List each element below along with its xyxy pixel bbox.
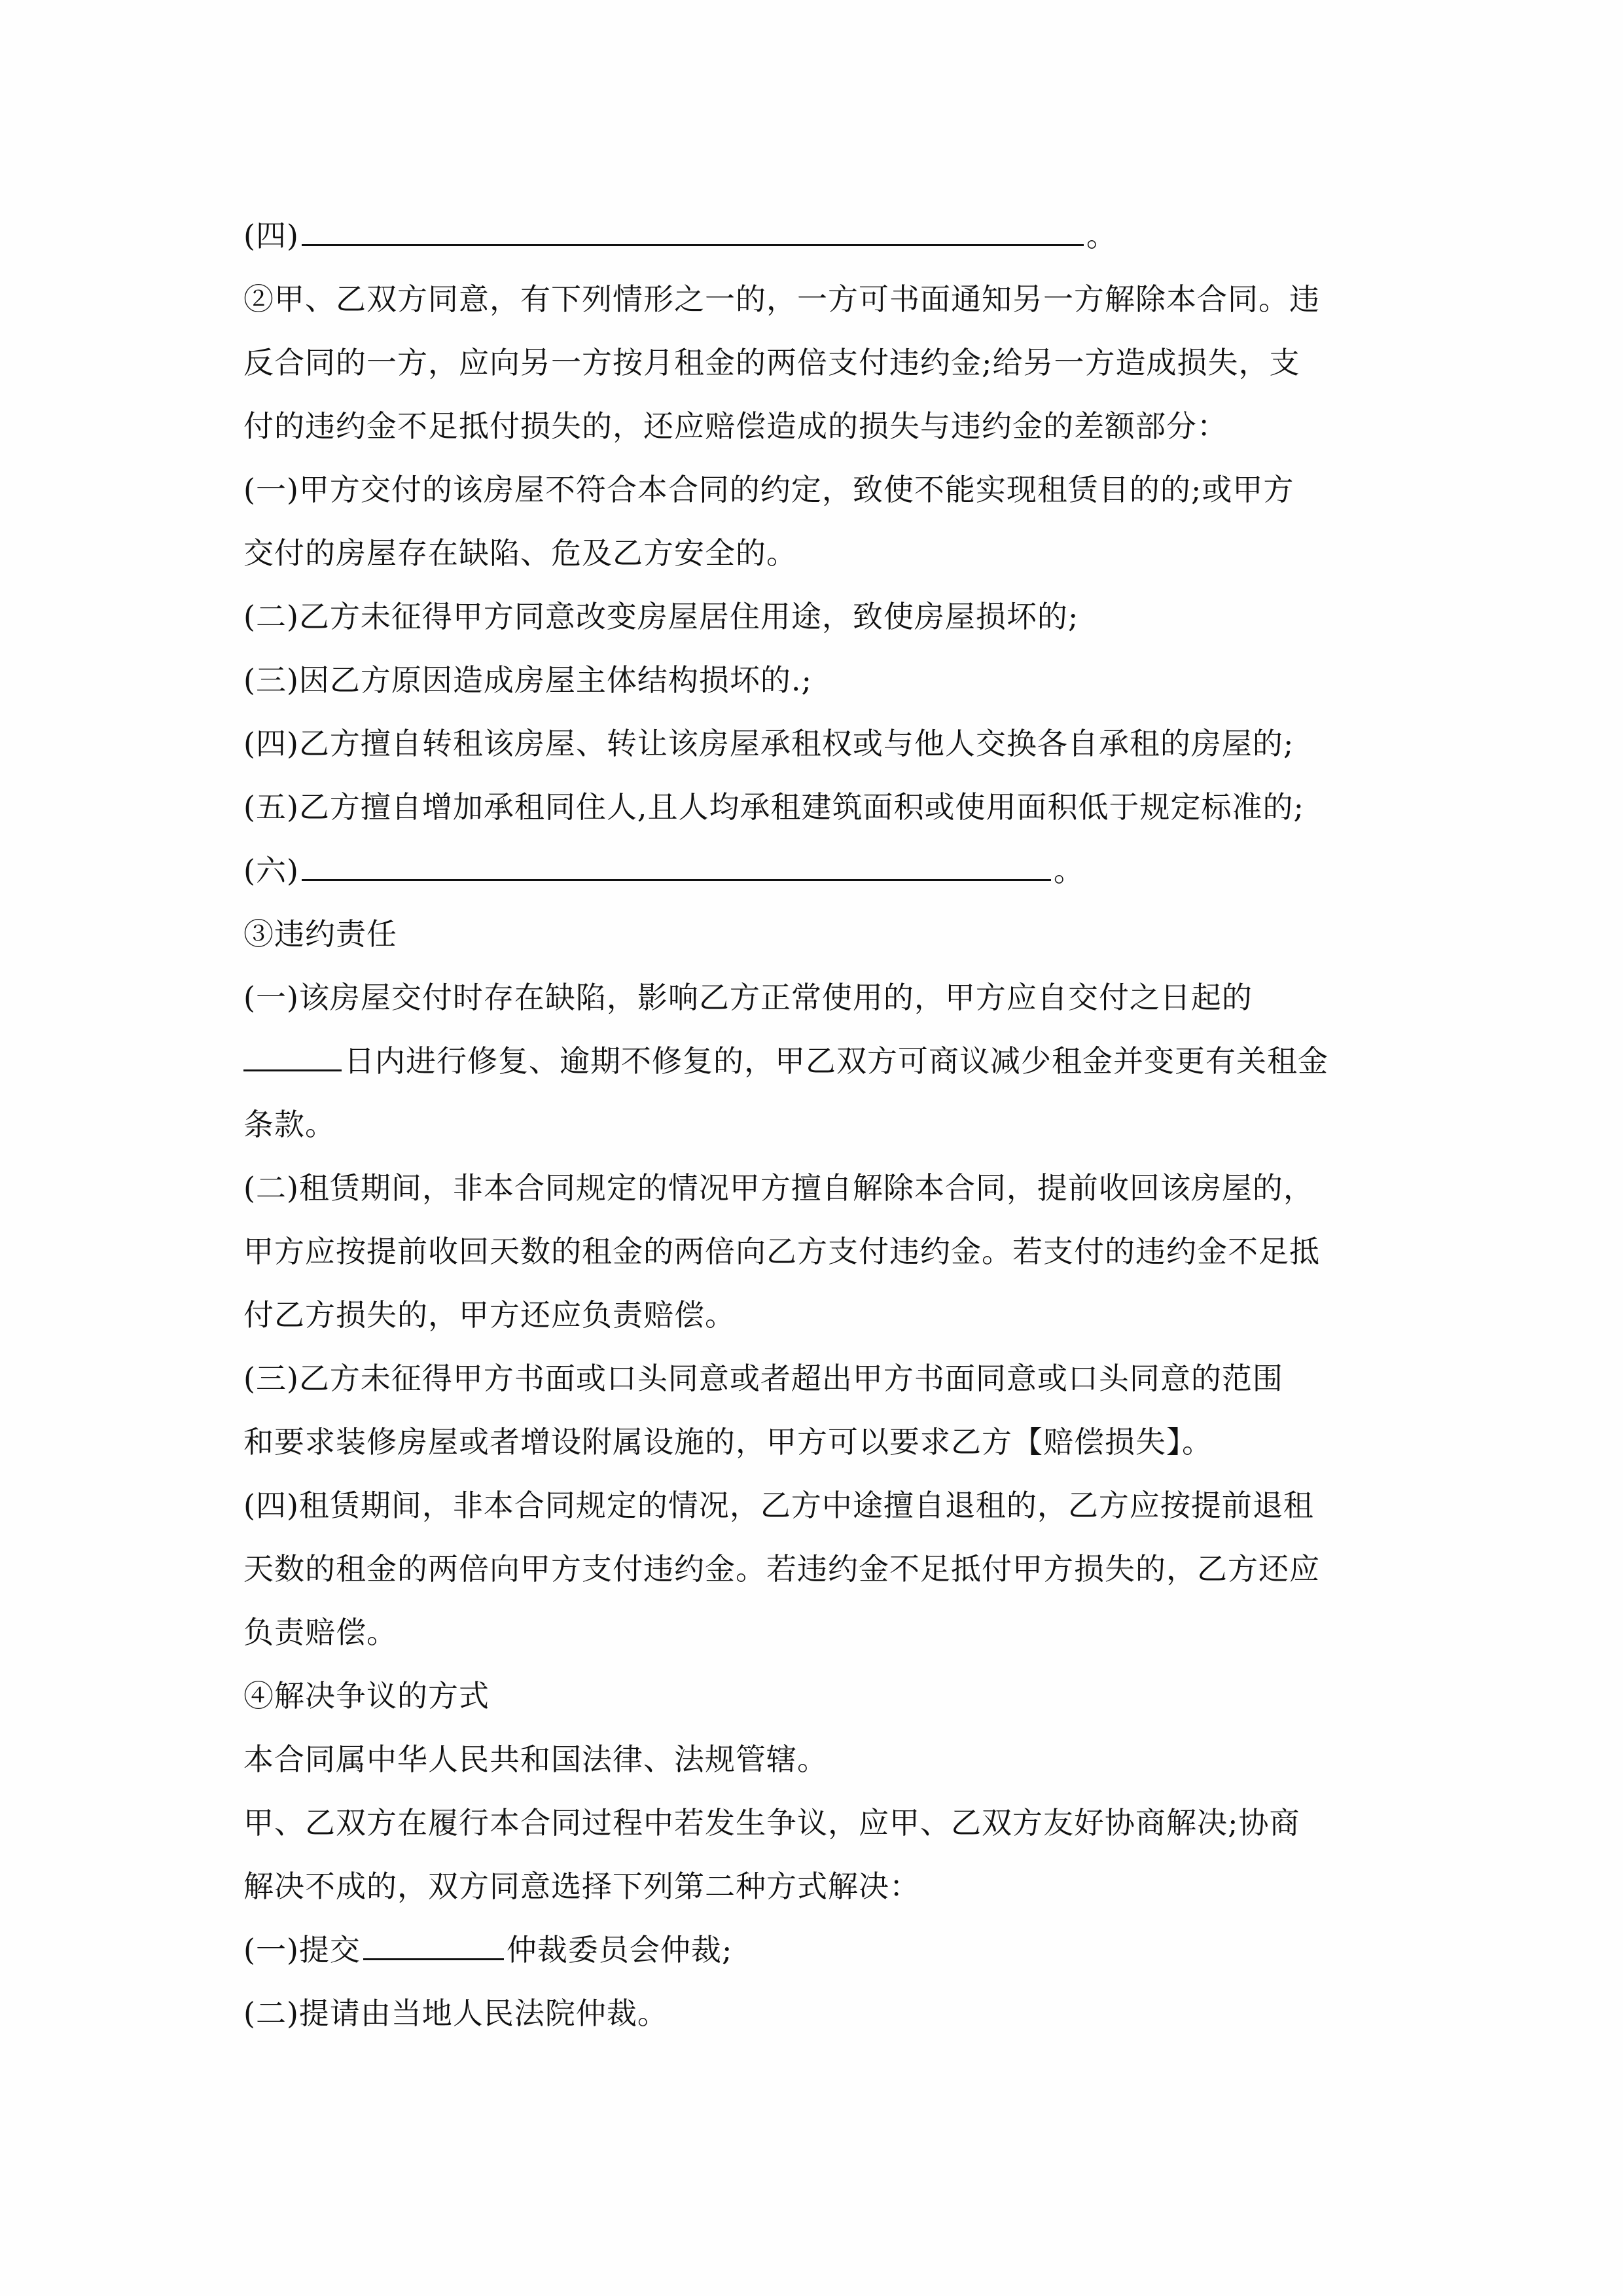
paragraph-line: (二)租赁期间，非本合同规定的情况甲方擅自解除本合同，提前收回该房屋的， [243,1157,1395,1220]
document-body: (四)。 ②甲、乙双方同意，有下列情形之一的，一方可书面通知另一方解除本合同。违… [243,204,1395,2045]
paragraph-line: 付乙方损失的，甲方还应负责赔偿。 [243,1283,1395,1347]
fill-in-blank-days[interactable] [243,1043,342,1071]
paragraph-line: 付的违约金不足抵付损失的，还应赔偿造成的损失与违约金的差额部分： [243,395,1395,458]
section-heading-dispute-resolution: ④解决争议的方式 [243,1664,1395,1728]
clause-suffix: 仲裁委员会仲裁; [507,1932,733,1967]
paragraph-line: 天数的租金的两倍向甲方支付违约金。若违约金不足抵付甲方损失的，乙方还应 [243,1537,1395,1601]
paragraph-line: 甲、乙双方在履行本合同过程中若发生争议，应甲、乙双方友好协商解决;协商 [243,1791,1395,1855]
repair-days-line: 日内进行修复、逾期不修复的，甲乙双方可商议减少租金并变更有关租金 [243,1030,1395,1093]
paragraph-line: 反合同的一方，应向另一方按月租金的两倍支付违约金;给另一方造成损失，支 [243,331,1395,395]
clause-4-blank: (四)。 [243,204,1395,268]
paragraph-line: (二)乙方未征得甲方同意改变房屋居住用途，致使房屋损坏的; [243,585,1395,649]
section-heading-breach-liability: ③违约责任 [243,903,1395,966]
arbitration-option-line: (一)提交仲裁委员会仲裁; [243,1918,1395,1982]
clause-prefix: (一)提交 [243,1932,361,1967]
clause-suffix: 。 [1086,218,1117,253]
fill-in-blank-arbitration[interactable] [363,1932,504,1960]
paragraph-line: (二)提请由当地人民法院仲裁。 [243,1982,1395,2045]
paragraph-line: (四)乙方擅自转租该房屋、转让该房屋承租权或与他人交换各自承租的房屋的; [243,712,1395,776]
paragraph-line: ②甲、乙双方同意，有下列情形之一的，一方可书面通知另一方解除本合同。违 [243,268,1395,331]
line-text: 日内进行修复、逾期不修复的，甲乙双方可商议减少租金并变更有关租金 [344,1043,1329,1079]
clause-prefix: (四) [243,218,299,253]
fill-in-blank[interactable] [302,853,1051,881]
paragraph-line: (一)该房屋交付时存在缺陷，影响乙方正常使用的，甲方应自交付之日起的 [243,966,1395,1030]
paragraph-line: (一)甲方交付的该房屋不符合本合同的约定，致使不能实现租赁目的的;或甲方 [243,458,1395,522]
clause-suffix: 。 [1054,853,1084,888]
paragraph-line: 甲方应按提前收回天数的租金的两倍向乙方支付违约金。若支付的违约金不足抵 [243,1220,1395,1283]
paragraph-line: 负责赔偿。 [243,1601,1395,1664]
fill-in-blank[interactable] [302,218,1084,246]
paragraph-line: 本合同属中华人民共和国法律、法规管辖。 [243,1728,1395,1791]
paragraph-line: (四)租赁期间，非本合同规定的情况，乙方中途擅自退租的，乙方应按提前退租 [243,1474,1395,1537]
clause-prefix: (六) [243,853,299,888]
clause-6-blank: (六)。 [243,839,1395,903]
paragraph-line: 交付的房屋存在缺陷、危及乙方安全的。 [243,522,1395,585]
paragraph-line: (五)乙方擅自增加承租同住人,且人均承租建筑面积或使用面积低于规定标准的; [243,776,1395,839]
paragraph-line: 和要求装修房屋或者增设附属设施的，甲方可以要求乙方【赔偿损失】。 [243,1410,1395,1474]
document-page: (四)。 ②甲、乙双方同意，有下列情形之一的，一方可书面通知另一方解除本合同。违… [0,0,1623,2296]
paragraph-line: (三)乙方未征得甲方书面或口头同意或者超出甲方书面同意或口头同意的范围 [243,1347,1395,1410]
paragraph-line: (三)因乙方原因造成房屋主体结构损坏的.; [243,649,1395,712]
paragraph-line: 解决不成的，双方同意选择下列第二种方式解决： [243,1855,1395,1918]
paragraph-line: 条款。 [243,1093,1395,1157]
